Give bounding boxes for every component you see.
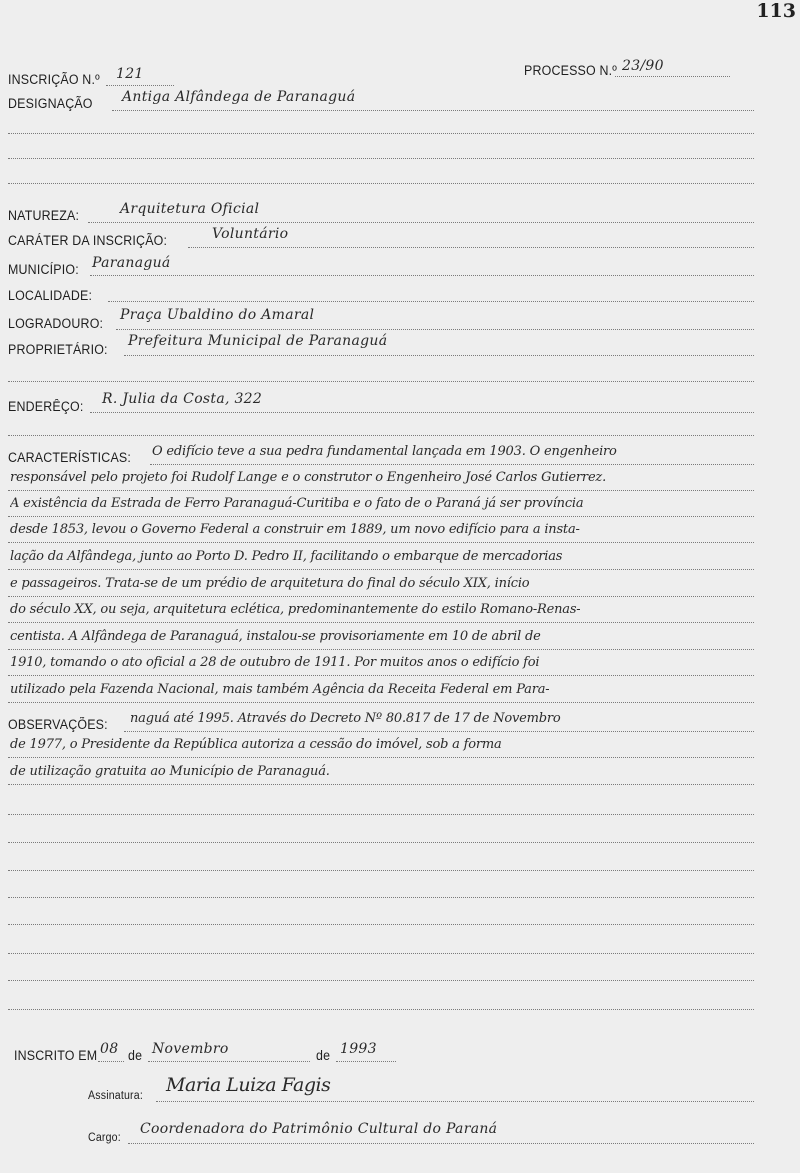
- blank-line: [8, 158, 754, 159]
- observacoes-label: OBSERVAÇÕES:: [8, 717, 108, 732]
- logradouro-value: Praça Ubaldino do Amaral: [120, 307, 314, 323]
- endereco-value: R. Julia da Costa, 322: [102, 391, 262, 407]
- ruled-line: [8, 596, 754, 597]
- inscrito-day-line: [98, 1061, 124, 1062]
- municipio-label: MUNICÍPIO:: [8, 262, 79, 277]
- ruled-line: [8, 1009, 754, 1010]
- handwritten-line: A existência da Estrada de Ferro Paranag…: [10, 496, 583, 511]
- assinatura-line: [156, 1101, 754, 1102]
- designacao-label: DESIGNAÇÃO: [8, 96, 93, 111]
- designacao-line: [112, 110, 754, 111]
- handwritten-line: lação da Alfândega, junto ao Porto D. Pe…: [10, 549, 562, 564]
- handwritten-line: desde 1853, levou o Governo Federal a co…: [10, 522, 580, 537]
- ruled-line: [8, 622, 754, 623]
- ruled-line: [150, 464, 754, 465]
- natureza-value: Arquitetura Oficial: [120, 201, 259, 217]
- handwritten-line: e passageiros. Trata-se de um prédio de …: [10, 576, 529, 591]
- inscrito-month-line: [148, 1061, 310, 1062]
- natureza-label: NATUREZA:: [8, 208, 79, 223]
- proprietario-value: Prefeitura Municipal de Paranaguá: [128, 333, 387, 349]
- page-number: 113: [756, 0, 796, 22]
- cargo-label: Cargo:: [88, 1132, 121, 1144]
- handwritten-line: de 1977, o Presidente da República autor…: [10, 737, 502, 752]
- handwritten-line: do século XX, ou seja, arquitetura eclét…: [10, 602, 580, 617]
- cargo-line: [128, 1143, 754, 1144]
- municipio-line: [90, 275, 754, 276]
- handwritten-line: de utilização gratuita ao Município de P…: [10, 764, 330, 779]
- blank-line: [8, 133, 754, 134]
- carater-value: Voluntário: [212, 226, 288, 242]
- logradouro-line: [116, 329, 754, 330]
- handwritten-line: 1910, tomando o ato oficial a 28 de outu…: [10, 655, 539, 670]
- ruled-line: [8, 924, 754, 925]
- carater-line: [188, 247, 754, 248]
- inscrito-label: INSCRITO EM: [14, 1048, 97, 1063]
- processo-value: 23/90: [622, 58, 664, 74]
- natureza-line: [88, 222, 754, 223]
- ruled-line: [8, 870, 754, 871]
- ruled-line: [8, 702, 754, 703]
- processo-line: [615, 76, 730, 77]
- assinatura-label: Assinatura:: [88, 1090, 143, 1102]
- ruled-line: [8, 814, 754, 815]
- handwritten-line: O edifício teve a sua pedra fundamental …: [152, 444, 617, 459]
- ruled-line: [8, 490, 754, 491]
- cargo-value: Coordenadora do Patrimônio Cultural do P…: [140, 1121, 497, 1137]
- blank-line: [8, 435, 754, 436]
- ruled-line: [8, 757, 754, 758]
- ruled-line: [8, 953, 754, 954]
- handwritten-line: centista. A Alfândega de Paranaguá, inst…: [10, 629, 541, 644]
- logradouro-label: LOGRADOURO:: [8, 316, 103, 331]
- designacao-value: Antiga Alfândega de Paranaguá: [122, 89, 355, 105]
- ruled-line: [8, 675, 754, 676]
- ruled-line: [8, 569, 754, 570]
- handwritten-line: utilizado pela Fazenda Nacional, mais ta…: [10, 682, 549, 697]
- proprietario-line: [124, 355, 754, 356]
- inscricao-value: 121: [116, 66, 144, 82]
- blank-line: [8, 183, 754, 184]
- caracteristicas-label: CARACTERÍSTICAS:: [8, 450, 131, 465]
- inscricao-line: [106, 85, 174, 86]
- handwritten-line: naguá até 1995. Através do Decreto Nº 80…: [130, 711, 561, 726]
- ruled-line: [8, 542, 754, 543]
- inscrito-day: 08: [100, 1041, 118, 1057]
- municipio-value: Paranaguá: [92, 255, 171, 271]
- localidade-label: LOCALIDADE:: [8, 288, 92, 303]
- ruled-line: [8, 842, 754, 843]
- de-label: de: [128, 1048, 142, 1063]
- proprietario-label: PROPRIETÁRIO:: [8, 342, 108, 357]
- blank-line: [8, 381, 754, 382]
- inscrito-month: Novembro: [152, 1041, 229, 1057]
- ruled-line: [8, 980, 754, 981]
- signature: Maria Luiza Fagis: [166, 1074, 330, 1096]
- inscrito-year: 1993: [340, 1041, 377, 1057]
- ruled-line: [8, 897, 754, 898]
- localidade-line: [108, 301, 754, 302]
- inscrito-year-line: [336, 1061, 396, 1062]
- ruled-line: [8, 649, 754, 650]
- inscricao-label: INSCRIÇÃO N.º: [8, 72, 100, 87]
- handwritten-line: responsável pelo projeto foi Rudolf Lang…: [10, 470, 606, 485]
- ruled-line: [8, 516, 754, 517]
- ruled-line: [124, 731, 754, 732]
- endereco-line: [90, 412, 754, 413]
- ruled-line: [8, 784, 754, 785]
- carater-label: CARÁTER DA INSCRIÇÃO:: [8, 233, 167, 248]
- processo-label: PROCESSO N.º: [524, 63, 617, 78]
- de-label: de: [316, 1048, 330, 1063]
- endereco-label: ENDERÊÇO:: [8, 399, 83, 414]
